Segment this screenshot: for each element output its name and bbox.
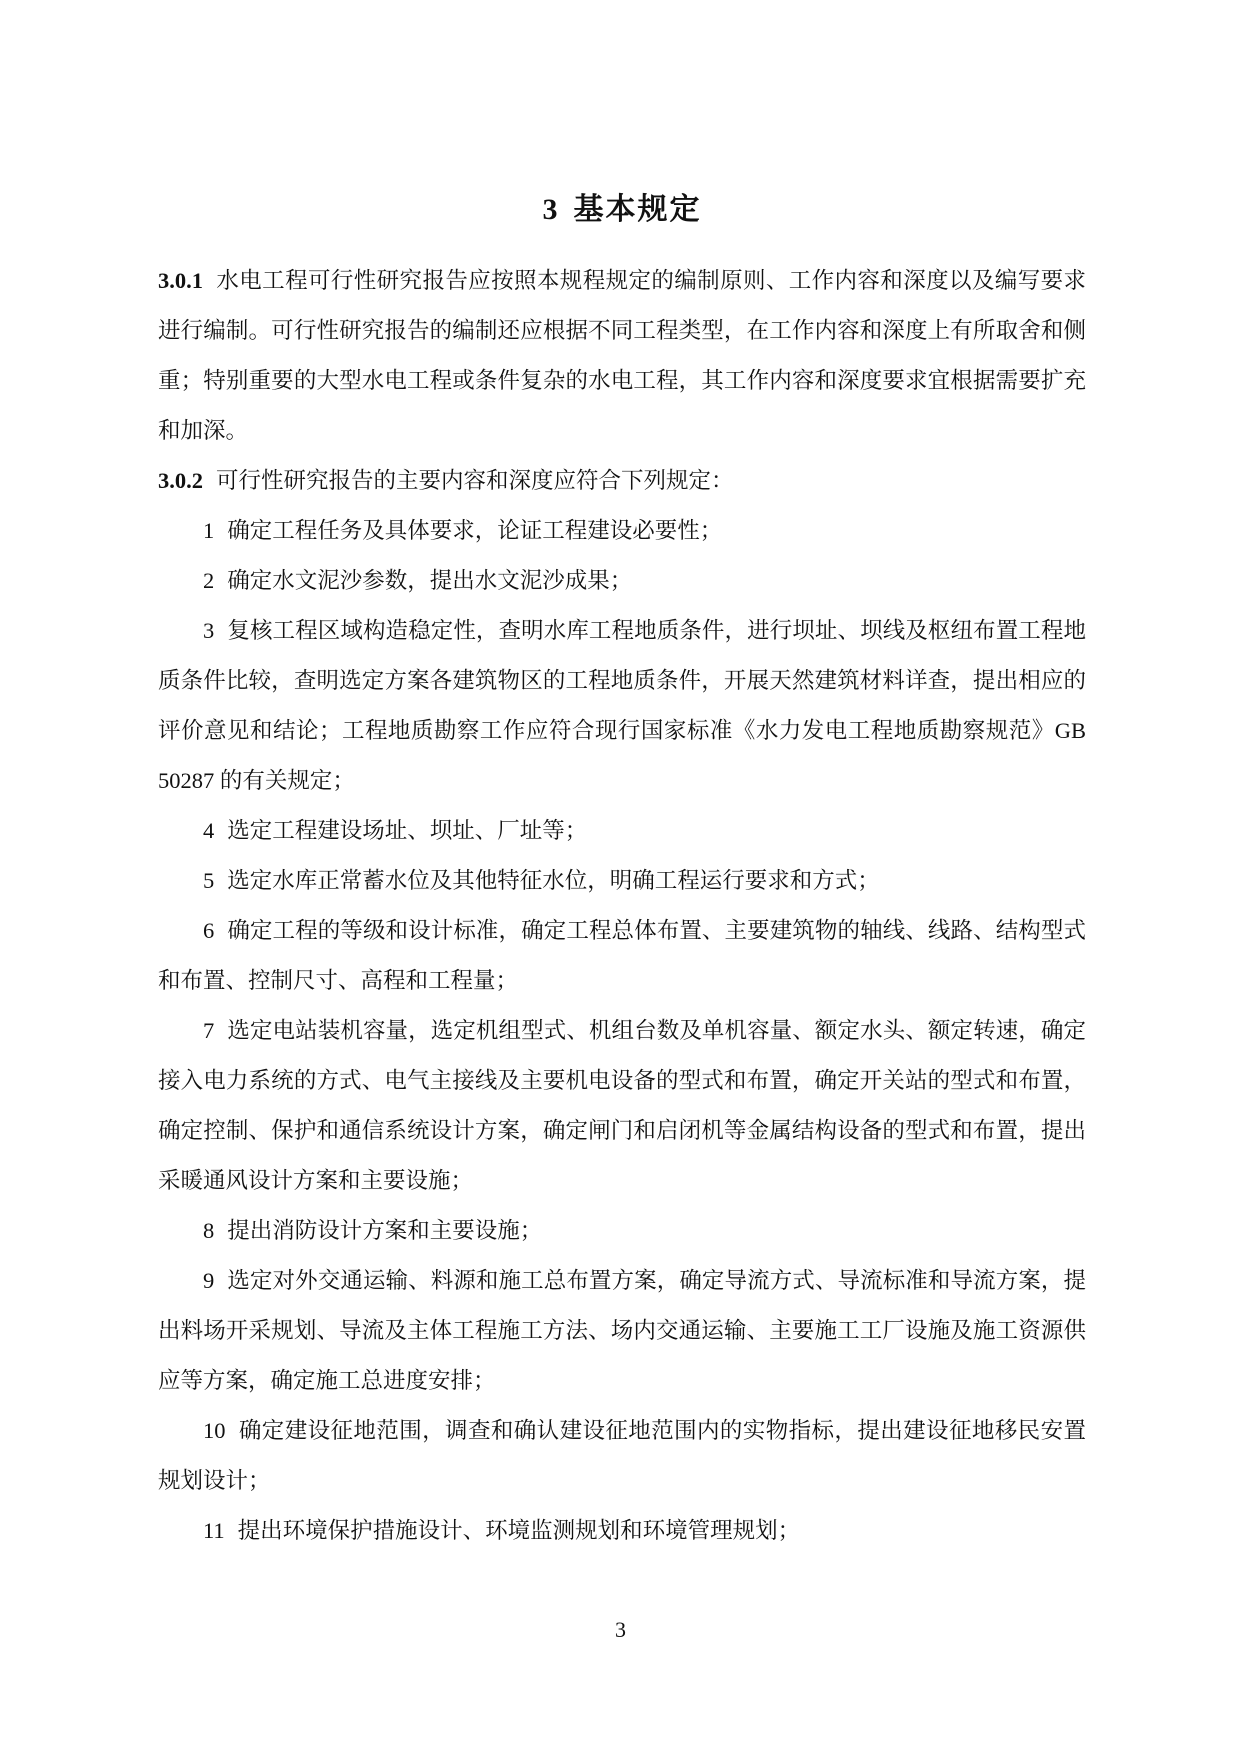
page-number: 3 <box>0 1615 1241 1645</box>
item-number: 3 <box>203 618 214 643</box>
item-text: 提出环境保护措施设计、环境监测规划和环境管理规划； <box>238 1518 801 1543</box>
list-item: 11提出环境保护措施设计、环境监测规划和环境管理规划； <box>158 1506 1086 1556</box>
list-item: 2确定水文泥沙参数，提出水文泥沙成果； <box>158 556 1086 606</box>
item-number: 8 <box>203 1218 214 1243</box>
clause-label: 3.0.2 <box>158 468 203 493</box>
item-number: 9 <box>203 1268 214 1293</box>
item-number: 6 <box>203 918 214 943</box>
item-text: 提出消防设计方案和主要设施； <box>227 1218 542 1243</box>
chapter-number: 3 <box>543 193 558 226</box>
list-item: 3复核工程区域构造稳定性，查明水库工程地质条件，进行坝址、坝线及枢纽布置工程地质… <box>158 606 1086 806</box>
page-content: 3基本规定 3.0.1水电工程可行性研究报告应按照本规程规定的编制原则、工作内容… <box>158 190 1086 1556</box>
item-number: 4 <box>203 818 214 843</box>
page-title: 3基本规定 <box>158 190 1086 230</box>
list-item: 5选定水库正常蓄水位及其他特征水位，明确工程运行要求和方式； <box>158 856 1086 906</box>
item-text: 选定工程建设场址、坝址、厂址等； <box>227 818 587 843</box>
clause-label: 3.0.1 <box>158 268 203 293</box>
list-item: 6确定工程的等级和设计标准，确定工程总体布置、主要建筑物的轴线、线路、结构型式和… <box>158 906 1086 1006</box>
item-number: 11 <box>203 1518 225 1543</box>
item-number: 1 <box>203 518 214 543</box>
clause-text: 可行性研究报告的主要内容和深度应符合下列规定： <box>216 468 734 493</box>
item-number: 10 <box>203 1418 226 1443</box>
item-number: 7 <box>203 1018 214 1043</box>
item-text: 确定水文泥沙参数，提出水文泥沙成果； <box>227 568 632 593</box>
chapter-title-text: 基本规定 <box>574 193 702 226</box>
list-item: 10确定建设征地范围，调查和确认建设征地范围内的实物指标，提出建设征地移民安置规… <box>158 1406 1086 1506</box>
document-page: 3基本规定 3.0.1水电工程可行性研究报告应按照本规程规定的编制原则、工作内容… <box>0 0 1241 1754</box>
clause-paragraph: 3.0.1水电工程可行性研究报告应按照本规程规定的编制原则、工作内容和深度以及编… <box>158 256 1086 456</box>
list-item: 9选定对外交通运输、料源和施工总布置方案，确定导流方式、导流标准和导流方案，提出… <box>158 1256 1086 1406</box>
item-number: 5 <box>203 868 214 893</box>
list-item: 4选定工程建设场址、坝址、厂址等； <box>158 806 1086 856</box>
list-item: 1确定工程任务及具体要求，论证工程建设必要性； <box>158 506 1086 556</box>
item-text: 选定对外交通运输、料源和施工总布置方案，确定导流方式、导流标准和导流方案，提出料… <box>158 1268 1086 1393</box>
item-text: 选定电站装机容量，选定机组型式、机组台数及单机容量、额定水头、额定转速，确定接入… <box>158 1018 1086 1193</box>
item-text: 确定工程任务及具体要求，论证工程建设必要性； <box>227 518 722 543</box>
clause-text: 水电工程可行性研究报告应按照本规程规定的编制原则、工作内容和深度以及编写要求进行… <box>158 268 1086 443</box>
item-text: 确定建设征地范围，调查和确认建设征地范围内的实物指标，提出建设征地移民安置规划设… <box>158 1418 1086 1493</box>
list-item: 7选定电站装机容量，选定机组型式、机组台数及单机容量、额定水头、额定转速，确定接… <box>158 1006 1086 1206</box>
item-text: 确定工程的等级和设计标准，确定工程总体布置、主要建筑物的轴线、线路、结构型式和布… <box>158 918 1086 993</box>
list-item: 8提出消防设计方案和主要设施； <box>158 1206 1086 1256</box>
clause-paragraph: 3.0.2可行性研究报告的主要内容和深度应符合下列规定： <box>158 456 1086 506</box>
item-text: 选定水库正常蓄水位及其他特征水位，明确工程运行要求和方式； <box>227 868 880 893</box>
item-number: 2 <box>203 568 214 593</box>
item-text: 复核工程区域构造稳定性，查明水库工程地质条件，进行坝址、坝线及枢纽布置工程地质条… <box>158 618 1086 793</box>
